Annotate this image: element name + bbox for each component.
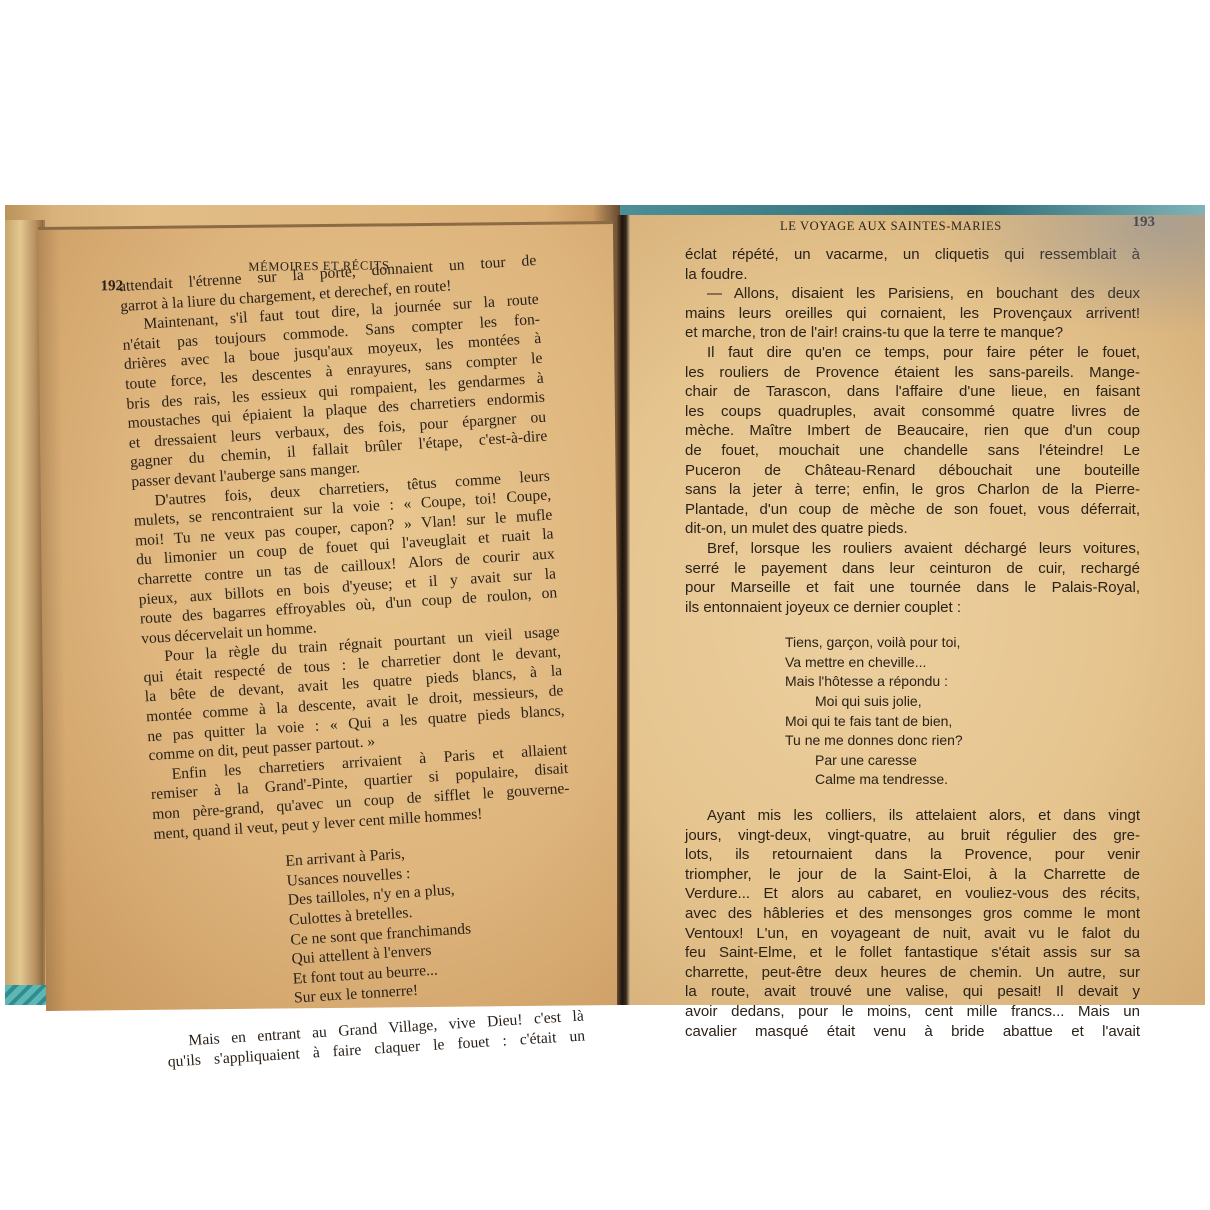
- text-line: ils entonnaient joyeux ce dernier couple…: [685, 598, 1140, 618]
- text-line: mèche. Maître Imbert de Beaucaire, rien …: [685, 421, 1140, 441]
- text-line: feu Saint-Elme, et le follet fantastique…: [685, 943, 1140, 963]
- text-line: Il faut dire qu'en ce temps, pour faire …: [685, 343, 1140, 363]
- text-line: éclat répété, un vacarme, un cliquetis q…: [685, 245, 1140, 265]
- text-line: de fouet, mouchait une chandelle sans l'…: [685, 441, 1140, 461]
- verse-stanza: Tiens, garçon, voilà pour toi,Va mettre …: [685, 633, 1140, 790]
- verse-line: Mais l'hôtesse a répondu :: [785, 672, 1140, 692]
- text-line: et marche, tron de l'air! crains-tu que …: [685, 323, 1140, 343]
- verse-line: Moi qui suis jolie,: [785, 692, 1140, 712]
- text-line: chair de Tarascon, dans l'affaire d'une …: [685, 382, 1140, 402]
- text-line: lots, ils retournaient dans la Provence,…: [685, 845, 1140, 865]
- verse-line: Va mettre en cheville...: [785, 653, 1140, 673]
- verse-line: Par une caresse: [785, 751, 1140, 771]
- text-line: dit-on, un mulet des quatre pieds.: [685, 519, 1140, 539]
- verse-line: Calme ma tendresse.: [785, 770, 1140, 790]
- body-text: éclat répété, un vacarme, un cliquetis q…: [685, 245, 1140, 1041]
- text-line: Plantade, d'un coup de mèche de son foue…: [685, 500, 1140, 520]
- text-line: — Allons, disaient les Parisiens, en bou…: [685, 284, 1140, 304]
- text-line: Ventoux! L'un, en voyageant de nuit, ava…: [685, 924, 1140, 944]
- text-line: Bref, lorsque les rouliers avaient décha…: [685, 539, 1140, 559]
- text-line: cavalier masqué était venu à bride abatt…: [685, 1022, 1140, 1042]
- verse-stanza: En arrivant à Paris,Usances nouvelles :D…: [155, 834, 582, 1017]
- text-line: charrette, peut-être deux heures de chem…: [685, 963, 1140, 983]
- running-head: LE VOYAGE AUX SAINTES-MARIES: [780, 217, 1002, 237]
- body-text: attendait l'étrenne sur la porte, donnai…: [118, 251, 585, 1072]
- left-page: MÉMOIRES ET RÉCITS 192 attendait l'étren…: [38, 221, 621, 1011]
- book-spine: [617, 215, 630, 1005]
- text-line: mains leurs oreilles qui cornaient, les …: [685, 304, 1140, 324]
- text-line: Ayant mis les colliers, ils attelaient a…: [685, 806, 1140, 826]
- verse-line: Tiens, garçon, voilà pour toi,: [785, 633, 1140, 653]
- text-line: serré le payement dans leur ceinturon de…: [685, 559, 1140, 579]
- text-line: les rouliers de Provence étaient les san…: [685, 363, 1140, 383]
- text-line: Puceron de Château-Renard débouchait une…: [685, 461, 1140, 481]
- text-line: la route, avait trouvé une valise, qui p…: [685, 982, 1140, 1002]
- text-line: les coups quadruples, avait consommé qua…: [685, 402, 1140, 422]
- text-line: pour Marseille et fait une tournée dans …: [685, 578, 1140, 598]
- text-line: Verdure... Et alors au cabaret, en vouli…: [685, 884, 1140, 904]
- right-page: LE VOYAGE AUX SAINTES-MARIES 193 éclat r…: [630, 215, 1205, 1005]
- text-line: la foudre.: [685, 265, 1140, 285]
- text-line: sans la jeter à terre; enfin, le gros Ch…: [685, 480, 1140, 500]
- verse-line: Moi qui te fais tant de bien,: [785, 712, 1140, 732]
- text-line: avoir dedans, pour le moins, cent mille …: [685, 1002, 1140, 1022]
- text-line: avec des hâbleries et des mensonges gros…: [685, 904, 1140, 924]
- text-line: jours, vingt-deux, vingt-quatre, au brui…: [685, 826, 1140, 846]
- page-number: 193: [1133, 213, 1156, 233]
- text-line: triompher, le jour de la Saint-Eloi, à l…: [685, 865, 1140, 885]
- verse-line: Tu ne me donnes donc rien?: [785, 731, 1140, 751]
